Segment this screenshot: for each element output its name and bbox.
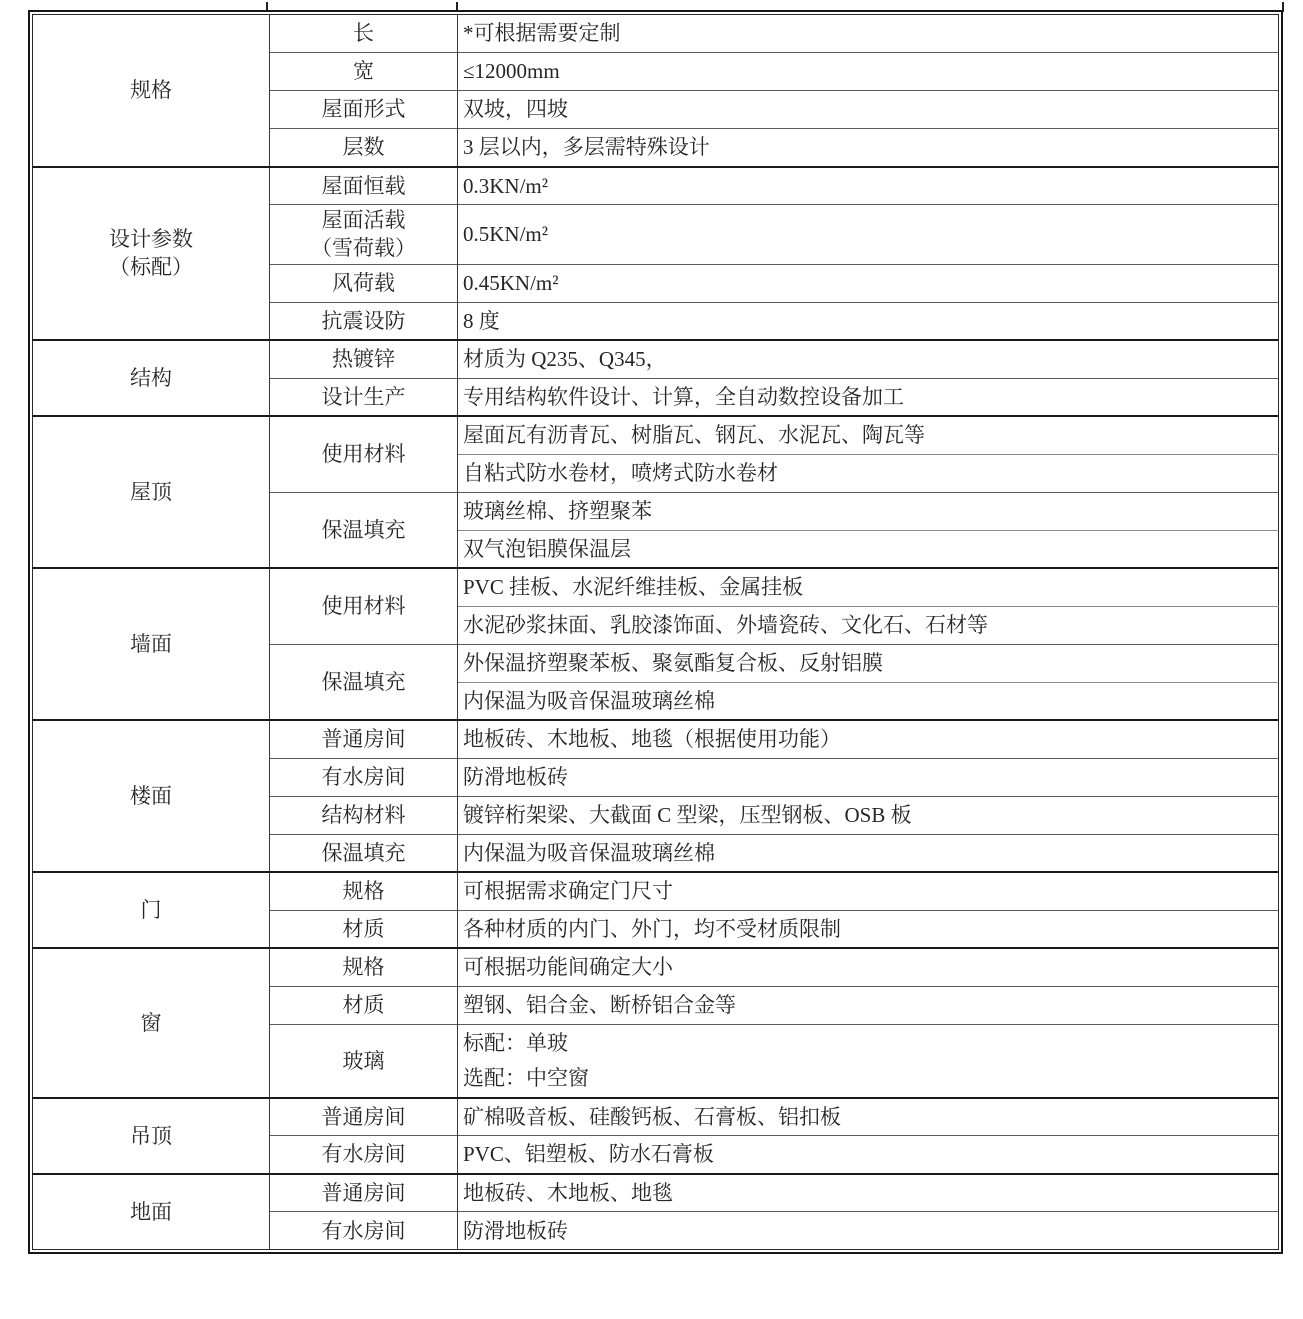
category-cell: 吊顶 [33,1098,270,1174]
value-cell: 各种材质的内门、外门，均不受材质限制 [458,910,1279,948]
value-cell: 0.45KN/m² [458,264,1279,302]
value-cell: 矿棉吸音板、硅酸钙板、石膏板、铝扣板 [458,1098,1279,1136]
table-row: 设计参数（标配）屋面恒载0.3KN/m² [33,167,1279,205]
value-cell: 材质为 Q235、Q345， [458,340,1279,378]
value-cell: PVC、铝塑板、防水石膏板 [458,1136,1279,1174]
subcategory-cell: 普通房间 [270,720,458,758]
subcategory-cell: 保温填充 [270,492,458,568]
subcategory-cell: 有水房间 [270,1136,458,1174]
subcategory-cell: 屋面形式 [270,91,458,129]
subcategory-cell: 有水房间 [270,1212,458,1250]
table-row: 吊顶普通房间矿棉吸音板、硅酸钙板、石膏板、铝扣板 [33,1098,1279,1136]
subcategory-cell: 层数 [270,129,458,167]
category-cell: 结构 [33,340,270,416]
value-line: 标配：单玻 [463,1026,1273,1061]
value-cell: *可根据需要定制 [458,15,1279,53]
value-cell: PVC 挂板、水泥纤维挂板、金属挂板 [458,568,1279,606]
value-cell: 水泥砂浆抹面、乳胶漆饰面、外墙瓷砖、文化石、石材等 [458,606,1279,644]
subcategory-cell: 使用材料 [270,568,458,644]
value-cell: 镀锌桁架梁、大截面 C 型梁，压型钢板、OSB 板 [458,796,1279,834]
table-row: 墙面使用材料PVC 挂板、水泥纤维挂板、金属挂板 [33,568,1279,606]
category-cell: 楼面 [33,720,270,872]
subcategory-cell: 普通房间 [270,1174,458,1212]
value-cell: 3 层以内，多层需特殊设计 [458,129,1279,167]
value-cell: 可根据功能间确定大小 [458,948,1279,986]
category-cell: 规格 [33,15,270,167]
value-cell: 屋面瓦有沥青瓦、树脂瓦、钢瓦、水泥瓦、陶瓦等 [458,416,1279,454]
category-cell: 屋顶 [33,416,270,568]
table-row: 地面普通房间地板砖、木地板、地毯 [33,1174,1279,1212]
subcategory-cell: 风荷载 [270,264,458,302]
value-cell: 地板砖、木地板、地毯 [458,1174,1279,1212]
table-row: 窗规格可根据功能间确定大小 [33,948,1279,986]
value-cell: 双坡，四坡 [458,91,1279,129]
value-cell: 可根据需求确定门尺寸 [458,872,1279,910]
subcategory-cell: 材质 [270,910,458,948]
table-row: 规格长*可根据需要定制 [33,15,1279,53]
subcategory-cell: 使用材料 [270,416,458,492]
subcategory-cell: 有水房间 [270,758,458,796]
table-row: 楼面普通房间地板砖、木地板、地毯（根据使用功能） [33,720,1279,758]
category-cell: 设计参数（标配） [33,167,270,341]
subcategory-cell: 宽 [270,53,458,91]
table-row: 屋顶使用材料屋面瓦有沥青瓦、树脂瓦、钢瓦、水泥瓦、陶瓦等 [33,416,1279,454]
category-cell: 墙面 [33,568,270,720]
value-cell: ≤12000mm [458,53,1279,91]
value-cell: 8 度 [458,302,1279,340]
value-cell: 外保温挤塑聚苯板、聚氨酯复合板、反射铝膜 [458,644,1279,682]
value-cell: 自粘式防水卷材，喷烤式防水卷材 [458,454,1279,492]
subcategory-cell: 屋面活载（雪荷载） [270,205,458,265]
value-cell: 内保温为吸音保温玻璃丝棉 [458,682,1279,720]
subcategory-cell: 抗震设防 [270,302,458,340]
subcategory-cell: 保温填充 [270,834,458,872]
value-cell: 地板砖、木地板、地毯（根据使用功能） [458,720,1279,758]
subcategory-cell: 热镀锌 [270,340,458,378]
value-cell: 塑钢、铝合金、断桥铝合金等 [458,986,1279,1024]
value-cell: 标配：单玻选配：中空窗 [458,1024,1279,1098]
table-row: 结构热镀锌材质为 Q235、Q345， [33,340,1279,378]
value-line: 选配：中空窗 [463,1061,1273,1096]
category-cell: 地面 [33,1174,270,1250]
value-cell: 玻璃丝棉、挤塑聚苯 [458,492,1279,530]
category-cell: 门 [33,872,270,948]
spec-table-body: 规格长*可根据需要定制宽≤12000mm屋面形式双坡，四坡层数3 层以内，多层需… [33,15,1279,1250]
subcategory-cell: 保温填充 [270,644,458,720]
subcategory-cell: 玻璃 [270,1024,458,1098]
category-cell: 窗 [33,948,270,1098]
value-cell: 专用结构软件设计、计算，全自动数控设备加工 [458,378,1279,416]
subcategory-cell: 设计生产 [270,378,458,416]
table-row: 门规格可根据需求确定门尺寸 [33,872,1279,910]
subcategory-cell: 结构材料 [270,796,458,834]
value-cell: 内保温为吸音保温玻璃丝棉 [458,834,1279,872]
subcategory-cell: 长 [270,15,458,53]
value-cell: 防滑地板砖 [458,1212,1279,1250]
subcategory-cell: 普通房间 [270,1098,458,1136]
subcategory-cell: 材质 [270,986,458,1024]
value-cell: 双气泡铝膜保温层 [458,530,1279,568]
subcategory-cell: 规格 [270,948,458,986]
value-cell: 0.3KN/m² [458,167,1279,205]
subcategory-cell: 规格 [270,872,458,910]
spec-table-container: 规格长*可根据需要定制宽≤12000mm屋面形式双坡，四坡层数3 层以内，多层需… [28,10,1283,1254]
value-cell: 0.5KN/m² [458,205,1279,265]
spec-table: 规格长*可根据需要定制宽≤12000mm屋面形式双坡，四坡层数3 层以内，多层需… [32,14,1279,1250]
value-cell: 防滑地板砖 [458,758,1279,796]
subcategory-cell: 屋面恒载 [270,167,458,205]
